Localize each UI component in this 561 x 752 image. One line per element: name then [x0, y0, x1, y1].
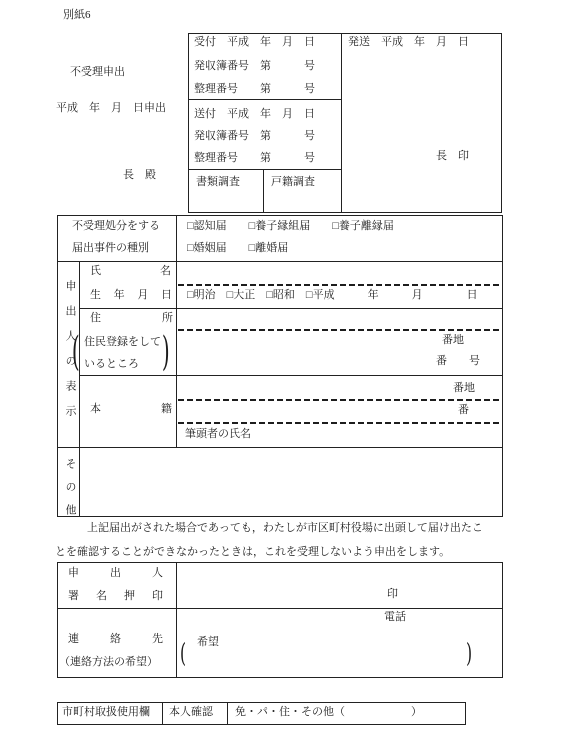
name-label: 氏名: [90, 265, 171, 278]
form-title: 不受理申出: [70, 66, 125, 79]
domicile-ban-label: 番: [458, 404, 469, 417]
address-note-paren-open: (: [72, 330, 80, 374]
domicile-label: 本籍: [90, 403, 172, 416]
case-type-label-line2: 届出事件の種別: [72, 242, 149, 255]
send-date-row: 送付 平成 年 月 日: [194, 108, 315, 121]
grid-line: [79, 375, 503, 376]
grid-line: [227, 702, 228, 725]
address-label: 住所: [90, 312, 173, 325]
address-note-line1: 住民登録をして: [84, 336, 161, 349]
attachment-label: 別紙6: [63, 9, 91, 22]
grid-line: [79, 261, 80, 517]
form-page: 別紙6 不受理申出 平成 年 月 日申出 長 殿 受付 平成 年 月 日 発収簿…: [0, 0, 561, 752]
identity-check-label: 本人確認: [169, 706, 213, 719]
dashed-rule: [178, 284, 502, 286]
birthdate-era-options: □明治 □大正 □昭和 □平成 年 月 日: [187, 289, 478, 302]
address-banchi-label: 番地: [442, 334, 464, 347]
address-note-paren-close: ): [162, 330, 170, 374]
grid-line: [188, 169, 342, 170]
head-of-family-label: 筆頭者の氏名: [185, 428, 251, 441]
grid-line: [57, 261, 503, 262]
receipt-ledger-row: 発収簿番号 第 号: [194, 60, 315, 73]
application-date-line: 平成 年 月 日申出: [56, 102, 166, 115]
office-use-section-label: 市町村取扱使用欄: [62, 706, 150, 719]
seal-mark: 印: [387, 588, 398, 601]
receipt-ref-row: 整理番号 第 号: [194, 83, 315, 96]
grid-line: [263, 169, 264, 213]
grid-line: [188, 99, 342, 100]
grid-line: [57, 608, 503, 609]
document-check-label: 書類調査: [196, 176, 240, 189]
grid-line: [176, 215, 177, 447]
signature-label-line1: 申出人: [68, 567, 163, 580]
statement-line2: とを確認することができなかったときは，これを受理しないよう申出をします。: [55, 546, 450, 559]
contact-paren-open: (: [180, 639, 186, 669]
contact-sub-label: （連絡方法の希望）: [59, 656, 158, 669]
case-type-options-row1: □認知届 □養子縁組届 □養子離縁届: [187, 220, 394, 233]
dashed-rule: [178, 399, 502, 401]
grid-line: [162, 702, 163, 725]
addressee-label: 長 殿: [123, 169, 156, 182]
dashed-rule: [178, 422, 502, 424]
contact-paren-close: ): [466, 639, 472, 669]
other-side-label: その他: [63, 458, 76, 527]
send-ledger-row: 発収簿番号 第 号: [194, 130, 315, 143]
address-note-line2: いるところ: [84, 358, 139, 371]
birthdate-label: 生年月日: [90, 289, 172, 302]
mayor-seal-label: 長 印: [436, 150, 469, 163]
hope-label: 希望: [197, 636, 219, 649]
statement-line1: 上記届出がされた場合であっても，わたしが市区町村役場に出頭して届け出たこ: [87, 522, 483, 535]
contact-label: 連絡先: [68, 633, 163, 646]
grid-line: [57, 447, 503, 448]
send-ref-row: 整理番号 第 号: [194, 152, 315, 165]
case-type-options-row2: □婚姻届 □離婚届: [187, 242, 288, 255]
signature-label-line2: 署名押印: [68, 590, 163, 603]
case-type-label-line1: 不受理処分をする: [72, 220, 160, 233]
grid-line: [176, 562, 177, 678]
grid-line: [79, 308, 503, 309]
identity-check-options: 免・パ・住・その他（ ）: [235, 706, 422, 719]
dispatch-stamp-box: [341, 33, 502, 213]
domicile-banchi-label: 番地: [453, 382, 475, 395]
dispatch-date-row: 発送 平成 年 月 日: [348, 36, 469, 49]
receipt-date-row: 受付 平成 年 月 日: [194, 36, 315, 49]
dashed-rule: [178, 329, 502, 331]
phone-label: 電話: [384, 611, 406, 624]
address-bango-label: 番 号: [436, 355, 480, 368]
koseki-check-label: 戸籍調査: [271, 176, 315, 189]
